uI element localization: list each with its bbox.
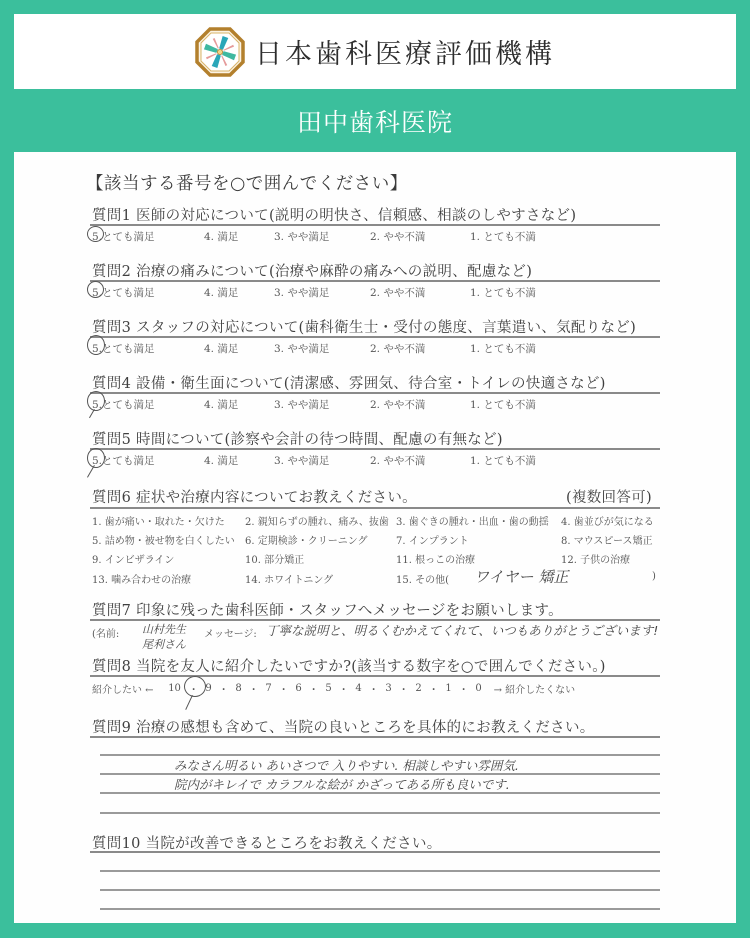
organization-name: 日本歯科医療評価機構 [255,32,555,71]
option-2[interactable]: 2. やや不満 [370,229,470,244]
question-6-note: (複数回答可) [566,486,652,507]
divider [90,280,660,282]
question-5-label: 質問5 時間について(診察や会計の待つ時間、配慮の有無など) [92,428,503,449]
divider [90,448,660,450]
option-2[interactable]: 2. やや不満 [370,397,470,412]
q7-name-1: 山村先生 [142,621,186,637]
question-8-label: 質問8 当院を友人に紹介したいですか?(該当する数字を○で囲んでください。) [92,655,606,676]
q6-item-4[interactable]: 4. 歯並びが気になる [561,513,654,528]
selected-circle-mark [87,335,105,355]
question-3-options: 5.とても満足 4. 満足 3. やや満足 2. やや不満 1. とても不満 [92,341,560,356]
question-5-options: 5.とても満足 4. 満足 3. やや満足 2. やや不満 1. とても不満 [92,453,560,468]
option-1[interactable]: 1. とても不満 [470,229,560,244]
option-4[interactable]: 4. 満足 [204,341,274,356]
option-5[interactable]: 5.とても満足 [92,341,204,356]
selected-circle-mark [87,226,104,242]
q6-item-10[interactable]: 10. 部分矯正 [245,551,304,566]
circle-stroke-tail [89,409,95,418]
q6-item-2[interactable]: 2. 親知らずの腫れ、痛み、抜歯 [245,513,389,528]
option-2[interactable]: 2. やや不満 [370,341,470,356]
question-2-options: 5.とても満足 4. 満足 3. やや満足 2. やや不満 1. とても不満 [92,285,560,300]
scale-8[interactable]: 8 [232,683,246,694]
option-1[interactable]: 1. とても不満 [470,341,560,356]
question-1-label: 質問1 医師の対応について(説明の明快さ、信頼感、相談のしやすさなど) [92,204,576,225]
option-3[interactable]: 3. やや満足 [274,229,370,244]
answer-line [100,870,660,872]
q7-message-label: メッセージ: [204,625,257,640]
q6-item-9[interactable]: 9. インビザライン [92,551,174,566]
question-4-label: 質問4 設備・衛生面について(清潔感、雰囲気、待合室・トイレの快適さなど) [92,372,606,393]
divider [90,675,660,677]
q6-item-11[interactable]: 11. 根っこの治療 [396,551,475,566]
q8-left-label: 紹介したい ← [92,681,154,696]
q6-item-1[interactable]: 1. 歯が痛い・取れた・欠けた [92,513,225,528]
circle-stroke-tail [185,695,193,710]
answer-line [100,908,660,910]
option-3[interactable]: 3. やや満足 [274,285,370,300]
clinic-name: 田中歯科医院 [297,103,453,139]
scale-3[interactable]: 3 [382,683,396,694]
q7-message-handwritten: 丁寧な説明と、明るくむかえてくれて、いつもありがとうございます! [266,621,658,639]
question-3-label: 質問3 スタッフの対応について(歯科衛生士・受付の態度、言葉遣い、気配りなど) [92,316,636,337]
option-1[interactable]: 1. とても不満 [470,453,560,468]
divider [90,224,660,226]
divider [90,507,660,509]
answer-line [100,889,660,891]
selected-circle-mark [87,448,105,468]
selected-circle-mark [184,676,206,697]
question-2-label: 質問2 治療の痛みについて(治療や麻酔の痛みへの説明、配慮など) [92,260,532,281]
scale-2[interactable]: 2 [412,683,426,694]
q6-item-3[interactable]: 3. 歯ぐきの腫れ・出血・歯の動揺 [396,513,549,528]
q6-item-7[interactable]: 7. インプラント [396,532,469,547]
scale-6[interactable]: 6 [292,683,306,694]
header-banner: 日本歯科医療評価機構 [14,14,736,89]
q6-item-13[interactable]: 13. 噛み合わせの治療 [92,571,191,586]
option-3[interactable]: 3. やや満足 [274,453,370,468]
question-1-options: 5.とても満足 4. 満足 3. やや満足 2. やや不満 1. とても不満 [92,229,560,244]
answer-line [100,812,660,814]
option-4[interactable]: 4. 満足 [204,453,274,468]
q6-item-6[interactable]: 6. 定期検診・クリーニング [245,532,368,547]
option-4[interactable]: 4. 満足 [204,285,274,300]
q9-answer-line-2: 院内がキレイで カラフルな絵が かざってある所も良いです. [174,775,510,793]
scale-4[interactable]: 4 [352,683,366,694]
octagon-flower-emblem-icon [195,27,245,77]
question-7-label: 質問7 印象に残った歯科医師・スタッフへメッセージをお願いします。 [92,599,563,620]
divider [90,336,660,338]
q6-item-15[interactable]: 15. その他( [396,571,449,586]
option-4[interactable]: 4. 満足 [204,397,274,412]
q6-item-14[interactable]: 14. ホワイトニング [245,571,333,586]
option-2[interactable]: 2. やや不満 [370,285,470,300]
divider [90,392,660,394]
q8-scale: 紹介したい ← 10・ 9・ 8・ 7・ 6・ 5・ 4・ 3・ 2・ 1・ 0… [92,681,575,696]
option-1[interactable]: 1. とても不満 [470,397,560,412]
scale-10[interactable]: 10 [164,683,186,694]
scale-0[interactable]: 0 [472,683,486,694]
q6-item-15-close: ) [652,571,656,582]
option-3[interactable]: 3. やや満足 [274,341,370,356]
q6-item-8[interactable]: 8. マウスピース矯正 [561,532,653,547]
q6-item-12[interactable]: 12. 子供の治療 [561,551,630,566]
option-5[interactable]: 5.とても満足 [92,229,204,244]
question-10-label: 質問10 当院が改善できるところをお教えください。 [92,832,442,853]
scale-5[interactable]: 5 [322,683,336,694]
clinic-title-band: 田中歯科医院 [0,89,750,152]
option-1[interactable]: 1. とても不満 [470,285,560,300]
q6-other-handwritten: ワイヤー 矯正 [474,566,568,587]
question-4-options: 5.とても満足 4. 満足 3. やや満足 2. やや不満 1. とても不満 [92,397,560,412]
question-6-label: 質問6 症状や治療内容についてお教えください。 [92,486,417,507]
option-5[interactable]: 5.とても満足 [92,453,204,468]
selected-circle-mark [87,281,104,298]
divider [90,851,660,853]
scale-1[interactable]: 1 [442,683,456,694]
question-9-label: 質問9 治療の感想も含めて、当院の良いところを具体的にお教えください。 [92,716,595,737]
q7-name-2: 尾利さん [142,636,186,652]
q8-right-label: → 紹介したくない [494,681,576,696]
form-instruction: 【該当する番号を○で囲んでください】 [86,170,408,195]
selected-circle-mark [87,391,105,411]
survey-form: 【該当する番号を○で囲んでください】 質問1 医師の対応について(説明の明快さ、… [14,152,736,923]
divider [90,736,660,738]
option-4[interactable]: 4. 満足 [204,229,274,244]
option-3[interactable]: 3. やや満足 [274,397,370,412]
scale-7[interactable]: 7 [262,683,276,694]
option-5[interactable]: 5.とても満足 [92,285,204,300]
q6-item-5[interactable]: 5. 詰め物・被せ物を白くしたい [92,532,235,547]
q9-answer-line-1: みなさん明るい あいさつで 入りやすい. 相談しやすい雰囲気. [174,756,519,774]
q7-name-label: (名前: [92,625,119,640]
option-2[interactable]: 2. やや不満 [370,453,470,468]
option-5[interactable]: 5.とても満足 [92,397,204,412]
